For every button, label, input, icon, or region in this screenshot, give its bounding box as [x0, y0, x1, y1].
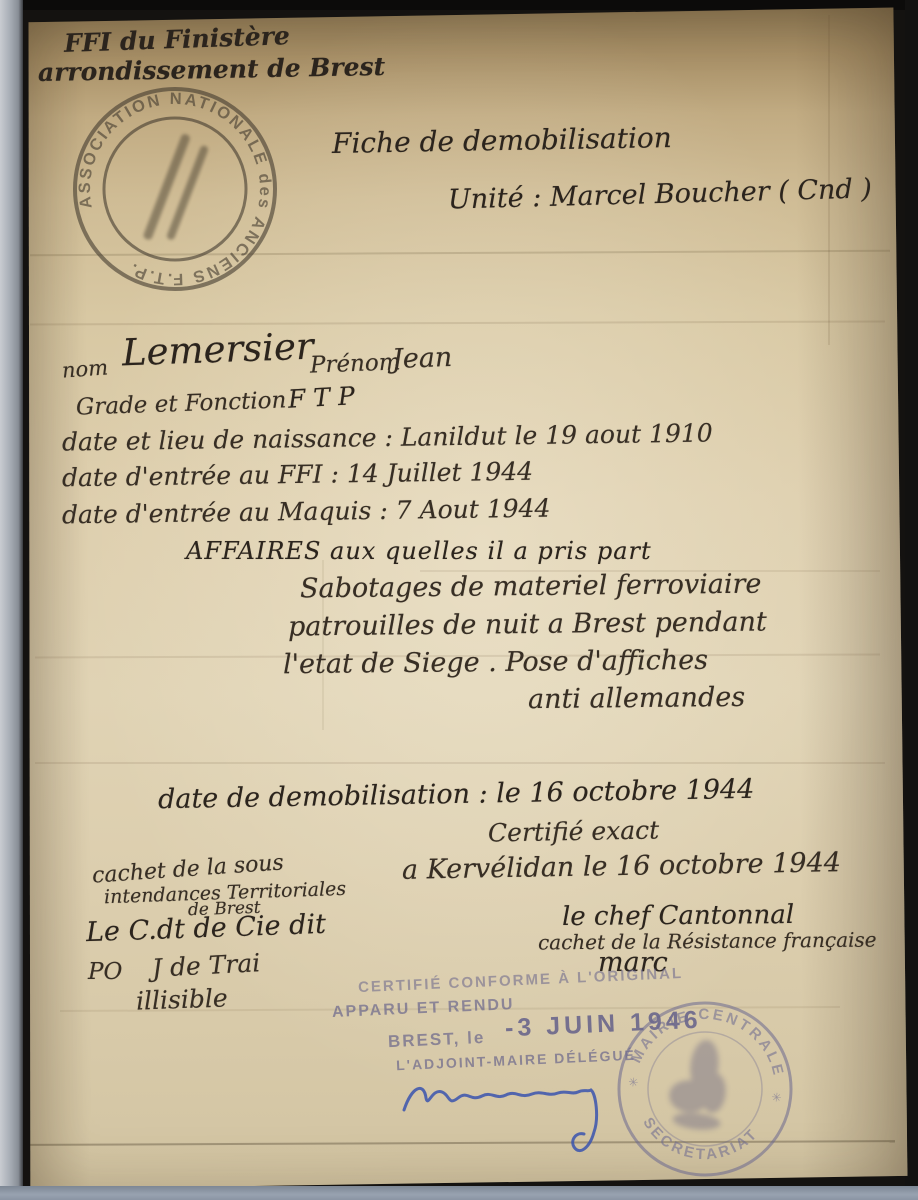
photograph-of-document: ASSOCIATION NATIONALE des ANCIENS F.T.P.…: [0, 0, 918, 1200]
ftp-stamp-ring-text: ASSOCIATION NATIONALE des ANCIENS F.T.P.: [55, 69, 295, 309]
grey-tray-bottom-edge: [0, 1186, 918, 1200]
mairie-stamp-star-right: ✳: [771, 1090, 782, 1105]
field-grade-value: F T P: [287, 382, 355, 413]
affaires-line1: Sabotages de materiel ferroviaire: [300, 570, 762, 605]
grey-tray-left-edge: [0, 0, 23, 1200]
left-block-line7: illisible: [136, 984, 229, 1015]
city-stamp-line3: BREST, le: [388, 1028, 486, 1052]
certify-line: Certifié exact: [488, 817, 660, 847]
affaires-heading: AFFAIRES aux quelles il a pris part: [186, 538, 652, 564]
field-nom-value: Lemersier: [121, 327, 314, 374]
mairie-stamp-emblem-smudge: [666, 1037, 731, 1132]
left-block-line5: PO: [88, 960, 122, 985]
ftp-stamp-center-smudge: [142, 133, 210, 248]
fold-line: [35, 762, 885, 764]
field-entree-ffi: date d'entrée au FFI : 14 Juillet 1944: [62, 458, 533, 492]
field-prenom-label: Prénom: [310, 350, 401, 378]
signature-blue-ink: [398, 1072, 638, 1168]
corner-unit-line2: arrondissement de Brest: [38, 53, 386, 87]
left-block-line6: J de Trai: [151, 949, 261, 982]
field-prenom-value: Jean: [392, 343, 453, 375]
affaires-line4: anti allemandes: [528, 683, 745, 715]
photo-right-edge: [905, 0, 918, 1200]
affaires-line3: l'etat de Siege . Pose d'affiches: [283, 646, 708, 680]
right-block-line2: cachet de la Résistance française: [538, 929, 877, 954]
document-title: Fiche de demobilisation: [332, 123, 672, 160]
photo-top-edge: [0, 0, 918, 10]
affaires-line2: patrouilles de nuit a Brest pendant: [288, 607, 767, 642]
field-nom-label: nom: [61, 356, 109, 382]
right-block-line1: le chef Cantonnal: [562, 901, 794, 932]
svg-text:ASSOCIATION NATIONALE des ANCI: ASSOCIATION NATIONALE des ANCIENS F.T.P.: [55, 69, 295, 309]
